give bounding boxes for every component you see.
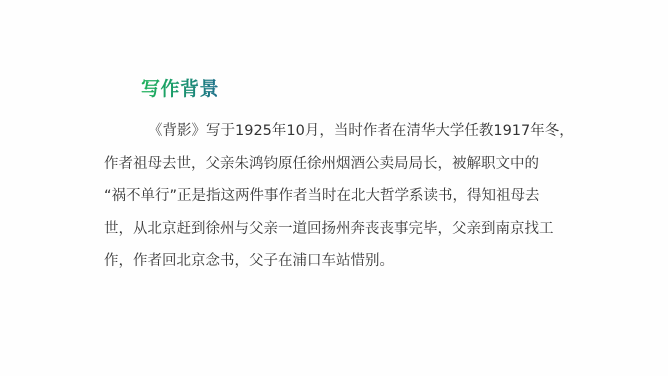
paragraph-line: “祸不单行”正是指这两件事作者当时在北大哲学系读书，得知祖母去 [104,180,554,213]
paragraph-line: 作者祖母去世，父亲朱鸿钧原任徐州烟酒公卖局局长，被解职文中的 [104,148,554,181]
paragraph-line: 作，作者回北京念书，父子在浦口车站惜别。 [104,245,554,278]
paragraph-line: 《背影》写于1925年10月，当时作者在清华大学任教1917年冬， [104,115,554,148]
paragraph-line: 世，从北京赶到徐州与父亲一道回扬州奔丧丧事完毕，父亲到南京找工 [104,213,554,246]
slide: 写作背景 《背影》写于1925年10月，当时作者在清华大学任教1917年冬， 作… [0,0,668,376]
section-title: 写作背景 [141,76,219,102]
background-paragraph: 《背影》写于1925年10月，当时作者在清华大学任教1917年冬， 作者祖母去世… [104,115,554,278]
